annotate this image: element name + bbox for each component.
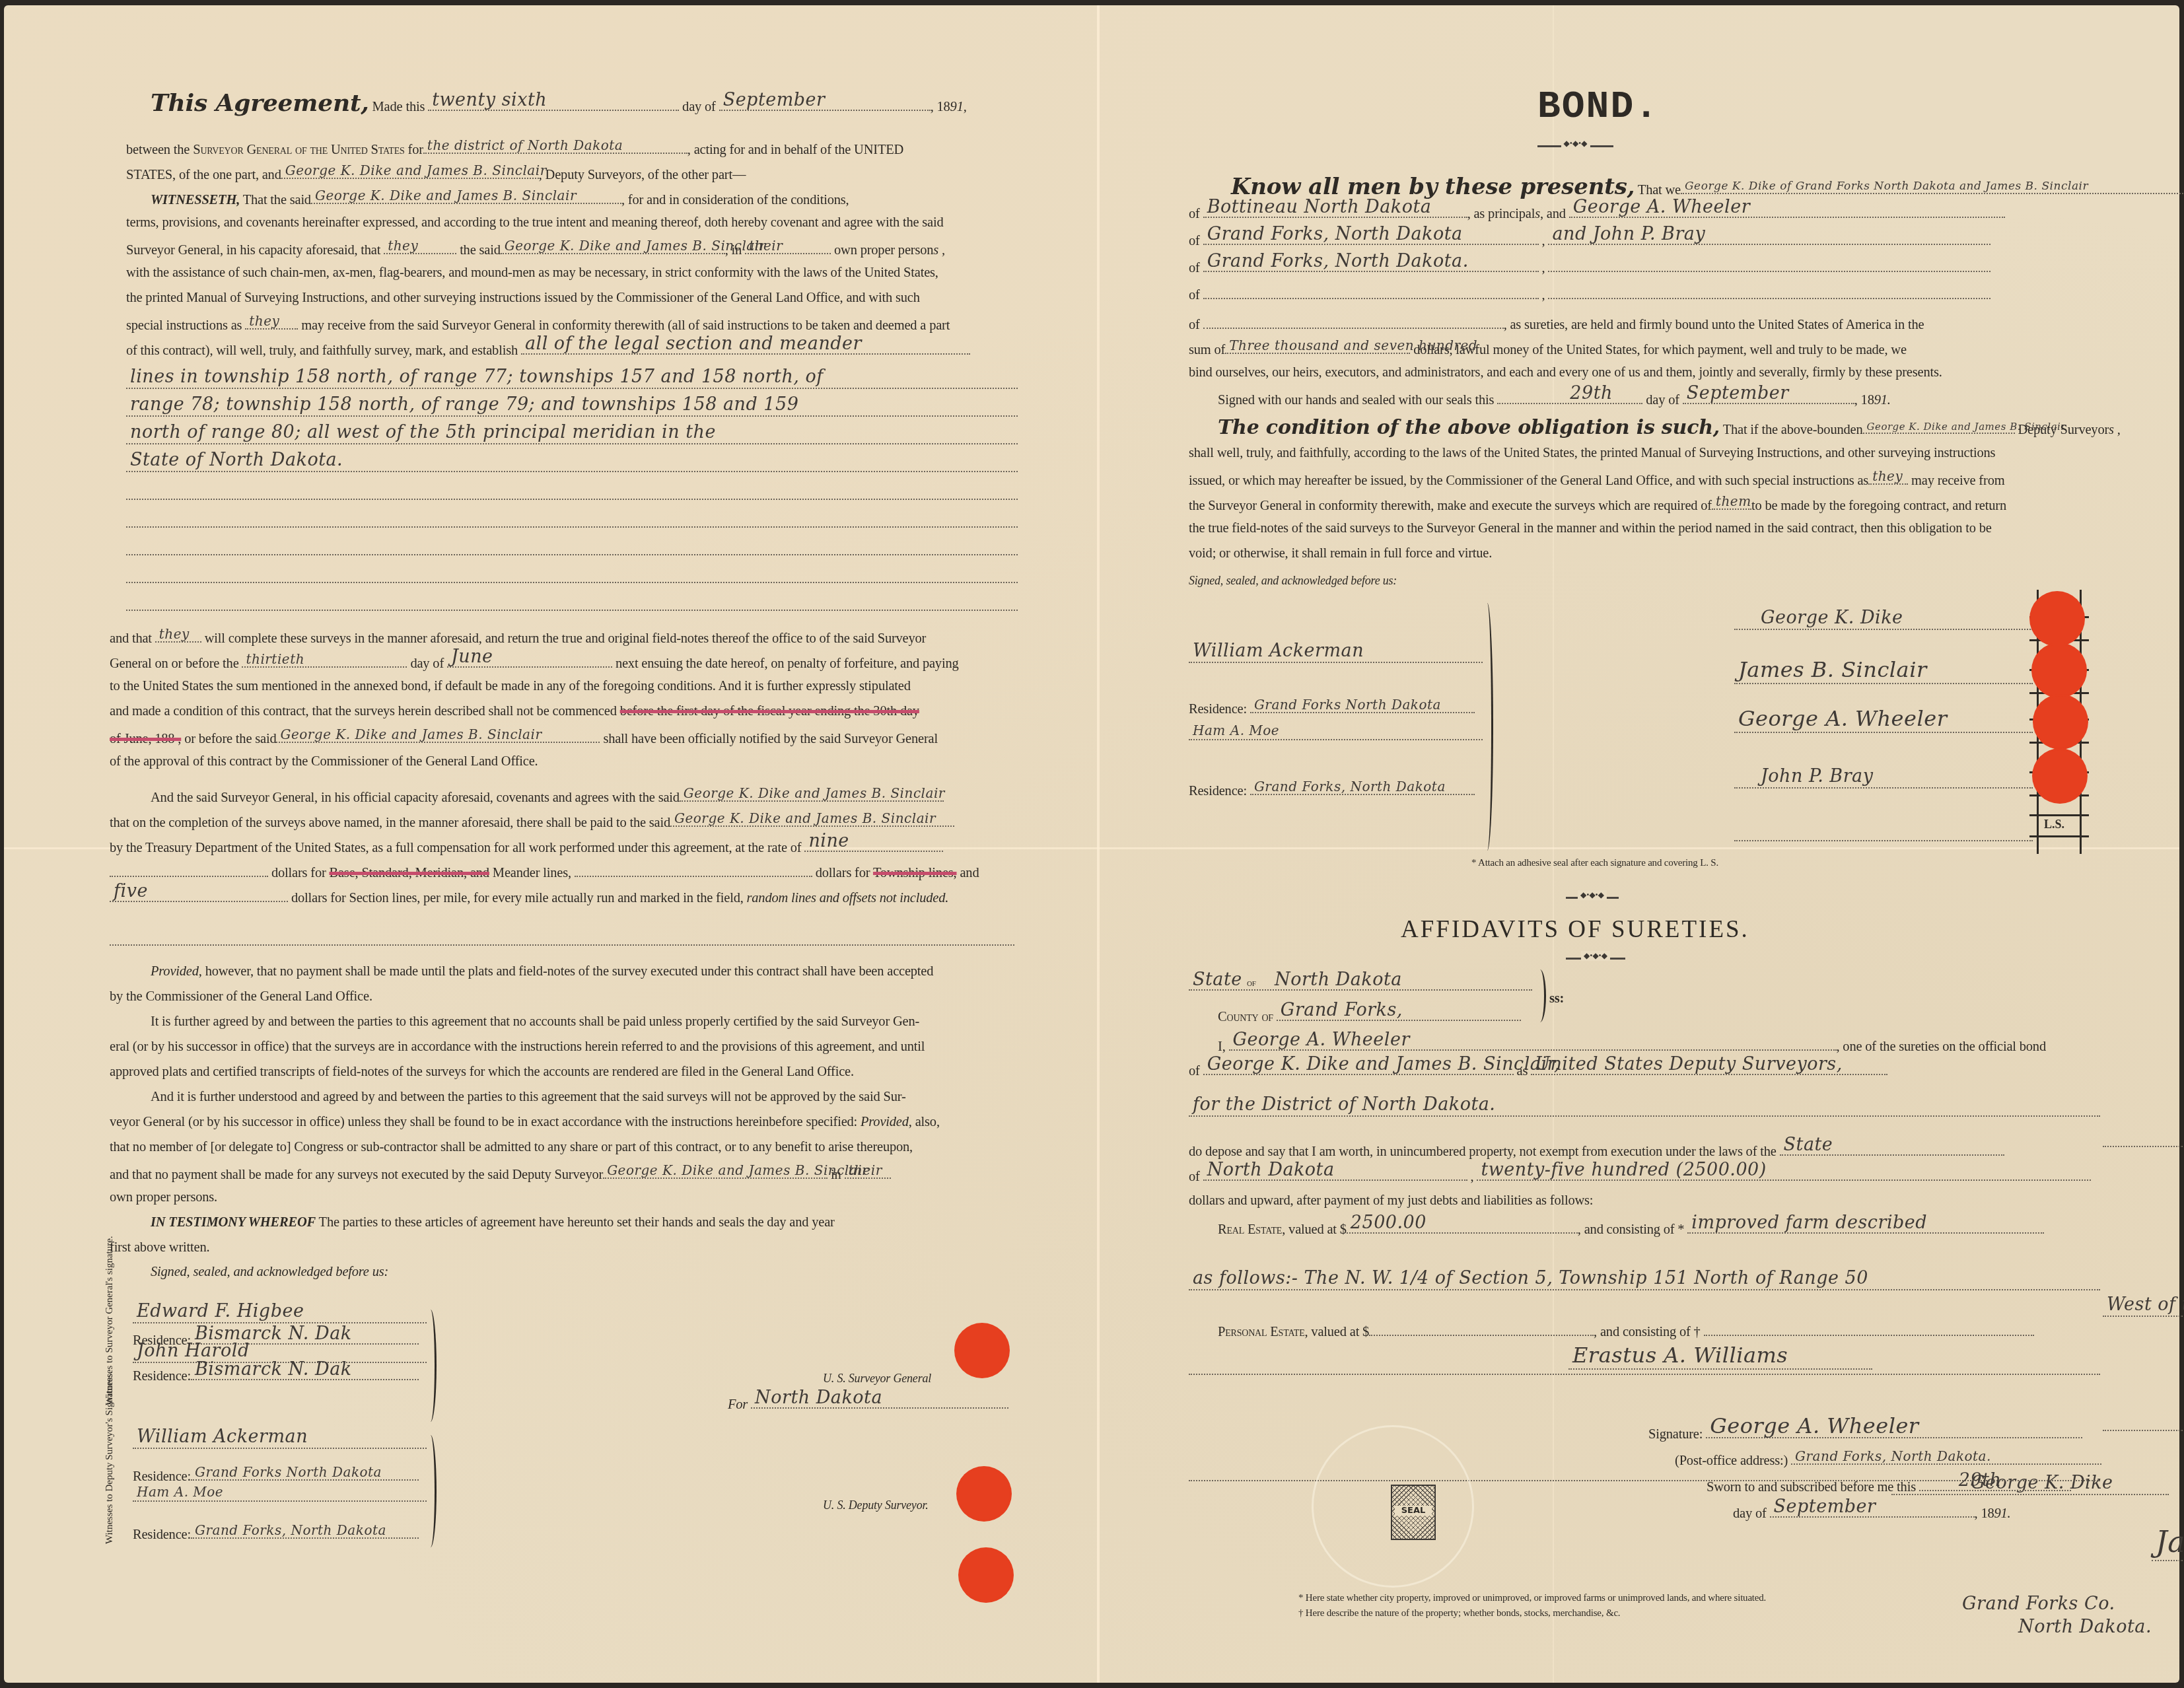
red-seal bbox=[2035, 696, 2086, 748]
footnote-1: * Here state whether city property, impr… bbox=[1298, 1594, 1766, 1603]
witnesseth-heading: WITNESSETH, bbox=[151, 193, 240, 207]
struck-text: before the first day of the fiscal year … bbox=[620, 704, 919, 719]
real-estate-value-field: 2500.00 bbox=[1347, 1220, 1578, 1234]
red-seal bbox=[956, 1325, 1008, 1376]
work-description-field: all of the legal section and meander bbox=[521, 341, 970, 355]
witness-name: Edward F. Higbee bbox=[137, 1301, 304, 1321]
surety-signature: George A. Wheeler bbox=[1706, 1425, 2082, 1438]
red-seal bbox=[2034, 750, 2086, 802]
agreement-heading: This Agreement, bbox=[151, 89, 369, 117]
seal-note: * Attach an adhesive seal after each sig… bbox=[1471, 859, 1718, 868]
margin-note-deputy: Witnesses to Deputy Surveyor's Signature… bbox=[104, 1371, 116, 1544]
ornament-divider bbox=[1537, 145, 1613, 147]
seal-placeholder: SEAL bbox=[1391, 1485, 1436, 1540]
know-all-heading: Know all men by these presents, bbox=[1231, 174, 1635, 200]
deputy-signature-2: James B. Sinclair bbox=[2152, 1544, 2184, 1561]
red-seal bbox=[2031, 593, 2083, 645]
text: Made this bbox=[372, 100, 425, 114]
said-deputies-field: George K. Dike and James B. Sinclair bbox=[311, 191, 621, 204]
ornament-divider bbox=[1566, 958, 1625, 960]
worth-field: twenty-five hundred (2500.00) bbox=[1477, 1168, 2091, 1181]
personal-estate-field bbox=[1369, 1323, 1594, 1336]
red-seal bbox=[2033, 645, 2085, 696]
agreement-section: This Agreement, Made this twenty sixth d… bbox=[4, 5, 2179, 26]
ornament-divider bbox=[1566, 897, 1619, 899]
brace bbox=[1536, 969, 1546, 1022]
brace bbox=[1483, 603, 1493, 851]
brace bbox=[427, 1435, 437, 1547]
ls-label: L.S. bbox=[2044, 818, 2064, 831]
section-rate-field: five bbox=[110, 889, 288, 902]
document-sheet: This Agreement, Made this twenty sixth d… bbox=[4, 5, 2179, 1683]
year-field: 91, bbox=[950, 100, 967, 114]
red-seal bbox=[960, 1549, 1012, 1601]
day-field: twenty sixth bbox=[428, 98, 679, 111]
fold-line bbox=[1097, 5, 1100, 1683]
brace bbox=[427, 1310, 437, 1422]
month-field: September bbox=[719, 98, 931, 111]
work-description-lines: lines in township 158 north, of range 77… bbox=[126, 365, 1018, 615]
county-field: Grand Forks, bbox=[1277, 1008, 1521, 1021]
footnote-2: † Here describe the nature of the proper… bbox=[1298, 1609, 1620, 1619]
meander-rate-field: nine bbox=[804, 839, 943, 852]
state-field: StateofNorth Dakota bbox=[1189, 977, 1532, 991]
fold-line bbox=[1553, 5, 1554, 1683]
bond-sum-field: Three thousand and seven hundred bbox=[1225, 341, 1410, 354]
testimony-heading: IN TESTIMONY WHEREOF bbox=[151, 1215, 316, 1230]
affidavit-title: AFFIDAVITS OF SURETIES. bbox=[1401, 915, 1749, 944]
red-seal bbox=[958, 1468, 1010, 1520]
deputies-field: George K. Dike and James B. Sinclair bbox=[281, 166, 539, 179]
due-day-field: thirtieth bbox=[242, 654, 407, 668]
district-field: the district of North Dakota bbox=[423, 141, 687, 154]
due-month-field: June bbox=[447, 654, 612, 668]
condition-heading: The condition of the above obligation is… bbox=[1218, 416, 1720, 439]
bond-title: BOND. bbox=[1537, 86, 1659, 129]
